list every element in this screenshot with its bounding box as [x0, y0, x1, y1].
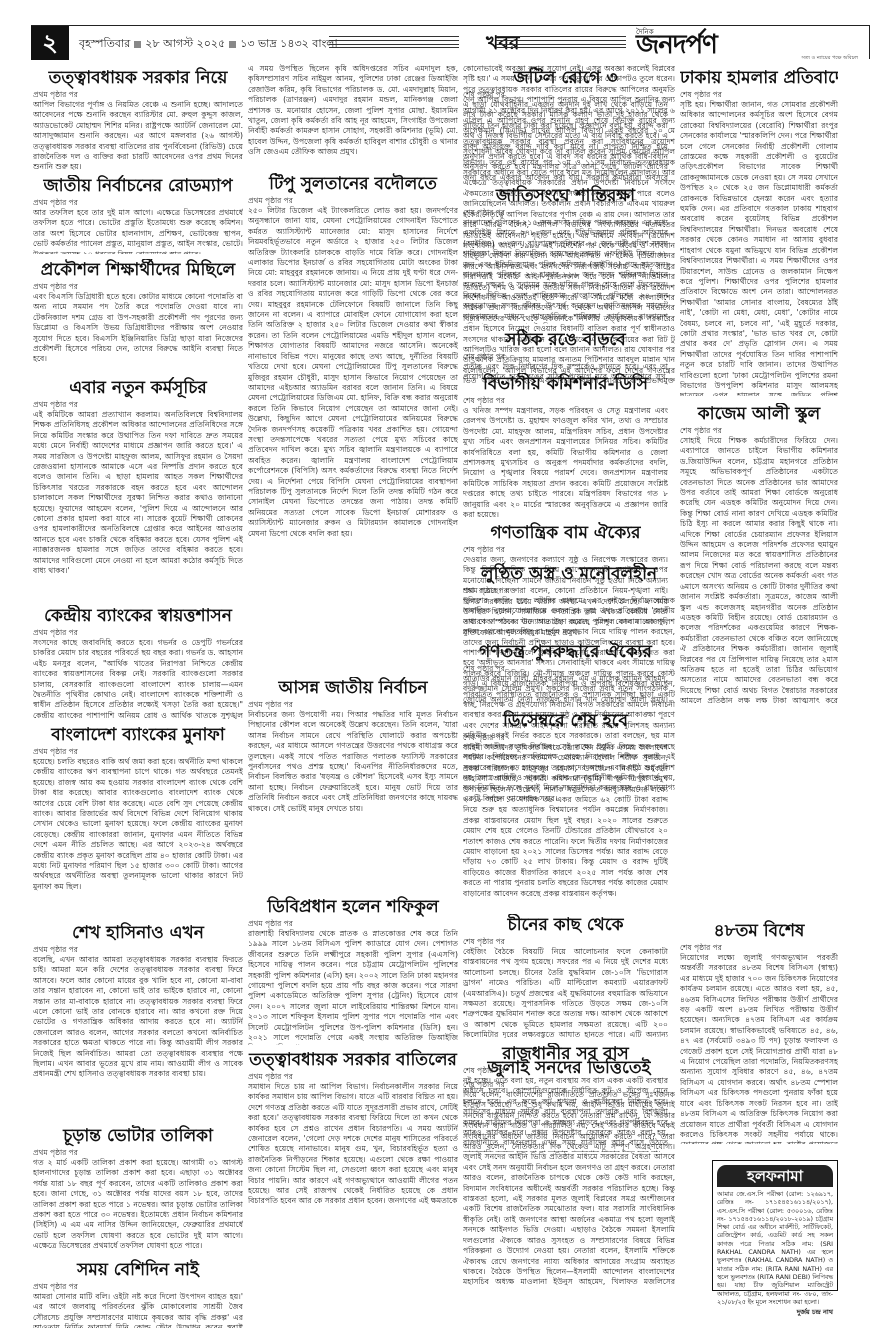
bangla-date: ১৩ ভাদ্র ১৪৩২ বাংলা: [240, 37, 338, 50]
article-body: আর তফসিল হবে তার দুই মাস আগে। এক্ষেত্রে …: [33, 208, 243, 254]
news-article[interactable]: আসন্ন জাতীয় নির্বাচনপ্রথম পৃষ্ঠার পরনির…: [248, 674, 458, 891]
article-headline[interactable]: কেন্দ্রীয় ব্যাংকের স্বায়ত্তশাসন: [33, 605, 243, 627]
masthead: ২ বৃহস্পতিবার২৮ আগস্ট ২০২৫১৩ ভাদ্র ১৪৩২ …: [31, 25, 870, 59]
separator-square-icon: [229, 41, 236, 48]
article-body: নিয়োগের লক্ষ্যে জুলাই গণঅভ্যুত্থান পরবর…: [680, 953, 838, 1144]
news-article[interactable]: তত্ত্বাবধায়ক সরকার বাতিলেরপ্রথম পৃষ্ঠার…: [248, 1046, 458, 1253]
news-article[interactable]: এবার নতুন কর্মসূচিরপ্রথম পৃষ্ঠার পরএই কম…: [33, 374, 243, 601]
news-article[interactable]: বিভাগীয় কমিশনার-ডিসিশেষ পৃষ্ঠার পরও খনি…: [463, 370, 668, 517]
article-headline[interactable]: এবার নতুন কর্মসূচির: [33, 377, 243, 399]
continued-from-label: প্রথম পৃষ্ঠার পর: [33, 1148, 243, 1158]
continued-from-label: প্রথম পৃষ্ঠার পর: [33, 747, 243, 757]
continued-from-label: প্রথম পৃষ্ঠার পর: [248, 1072, 458, 1082]
continued-from-label: শেষ পৃষ্ঠার পর: [463, 545, 668, 555]
news-article[interactable]: গণতন্ত্র পুনরুদ্ধারে ঐক্যেরশেষ পৃষ্ঠার প…: [463, 638, 668, 705]
article-body: আমরা সোনার মাটি বলি। ওইটা নষ্ট করে দিলো …: [33, 1292, 243, 1328]
affidavit-signature: দুর্জয় চন্দ্র নাথ: [717, 1307, 833, 1318]
news-article[interactable]: তত্ত্বাবধায়ক সরকার নিয়েপ্রথম পৃষ্ঠার প…: [33, 64, 243, 171]
brand-tagline: সত্য ও ন্যায়ের পক্ষে অবিচল: [801, 55, 858, 63]
news-article[interactable]: সময় বেশিদিন নাইপ্রথম পৃষ্ঠার পরআমরা সোন…: [33, 1256, 243, 1328]
article-body: এ সময় উপস্থিত ছিলেন কৃষি অধিদপ্তরের সচি…: [248, 64, 458, 166]
news-article[interactable]: বাংলাদেশ ব্যাংকের মুনাফাপ্রথম পৃষ্ঠার পর…: [33, 721, 243, 918]
continued-from-label: শেষ পৃষ্ঠার পর: [463, 937, 668, 947]
dateline: বৃহস্পতিবার২৮ আগস্ট ২০২৫১৩ ভাদ্র ১৪৩২ বা…: [79, 35, 338, 54]
article-body: সোহাই দিয়ে শিক্ষক কর্মচারীদের ফিরিয়ে দ…: [680, 436, 838, 707]
decorative-rules: [329, 36, 459, 48]
article-body: বেইজিং বৈঠকে বিষয়টি নিয়ে আলোচনার ফলে ক…: [463, 947, 668, 1038]
article-headline[interactable]: জটিল রোগে ৩: [463, 67, 668, 89]
article-body: গত ২ মার্চ একটি তালিকা প্রকাশ করা হয়েছে…: [33, 1158, 243, 1254]
news-article[interactable]: ডিসেম্বরে শেষ হবেশেষ পৃষ্ঠার পরবাহিনী সদ…: [463, 707, 668, 909]
continued-from-label: প্রথম পৃষ্ঠার পর: [33, 282, 243, 292]
article-headline[interactable]: ঢাকায় হামলার প্রতিবাদে: [680, 67, 838, 89]
page-number: ২: [31, 26, 69, 60]
article-body: এবং বিএসসি ডিগ্রিধারী হতে হবে। কোটার মাধ…: [33, 292, 243, 373]
continued-from-label: প্রথম পৃষ্ঠার পর: [33, 400, 243, 410]
article-body: ও খনিজ সম্পদ মন্ত্রণালয়, সড়ক পরিবহন ও …: [463, 406, 668, 517]
article-headline[interactable]: বাংলাদেশ ব্যাংকের মুনাফা: [33, 724, 243, 746]
article-body: সৃষ্টি হয়। শিক্ষার্থীরা জানান, গত সোমবা…: [680, 100, 838, 396]
article-headline[interactable]: চূড়ান্ত ভোটার তালিকা: [33, 1125, 243, 1147]
article-body: বাংলাদেশ পুলিশের ২১৫ জন সদস্য দায়িত্ব প…: [463, 218, 668, 324]
article-body: এ ছাড়া যৌথবাহিনীর একজন অনুদান দুই লাখ থ…: [463, 100, 668, 181]
continued-from-label: শেষ পৃষ্ঠার পর: [463, 664, 668, 674]
continued-from-label: শেষ পৃষ্ঠার পর: [463, 90, 668, 100]
affidavit-title: হলফনামা: [717, 1165, 833, 1187]
brand-name: জনদর্পণ: [636, 31, 717, 59]
news-article[interactable]: টিপু সুলতানের বদৌলতেপ্রথম পৃষ্ঠার পর২৫০ …: [248, 170, 458, 672]
article-headline[interactable]: প্রকৌশল শিক্ষার্থীদের মিছিলে: [33, 259, 243, 281]
continued-from-label: প্রথম পৃষ্ঠার পর: [33, 198, 243, 208]
article-headline[interactable]: ৪৮তম বিশেষ: [680, 920, 838, 942]
continued-from-label: প্রথম পৃষ্ঠার পর: [248, 196, 458, 206]
continued-from-label: শেষ পৃষ্ঠার পর: [680, 90, 838, 100]
continued-from-label: প্রথম পৃষ্ঠার পর: [33, 628, 243, 638]
continued-from-label: প্রথম পৃষ্ঠার পর: [248, 919, 458, 929]
article-headline[interactable]: শেখ হাসিনাও এখন: [33, 922, 243, 944]
news-article[interactable]: ডিবিপ্রধান হলেন শফিকুলপ্রথম পৃষ্ঠার পররা…: [248, 893, 458, 1045]
continued-from-label: প্রথম পৃষ্ঠার পর: [248, 700, 458, 710]
news-article[interactable]: কেন্দ্রীয় ব্যাংকের স্বায়ত্তশাসনপ্রথম প…: [33, 602, 243, 719]
continued-from-label: শেষ পৃষ্ঠার পর: [463, 733, 668, 743]
article-body: আতাউর রহমান ঢালী, মহিবুর রহমান, এম এ মাল…: [463, 674, 668, 705]
article-body: দেওয়ার জন্য, জনগণের কল্যাণে সুষ্ঠু ও নি…: [463, 555, 668, 636]
date: ২৮ আগস্ট ২০২৫: [145, 37, 225, 50]
article-body: আপিল বিভাগের পূর্ণাঙ্গ ও নিয়মিত বেঞ্চে …: [33, 100, 243, 171]
article-body: বলেছি, এখন আবার আমরা তত্ত্বাবধায়ক সরকার…: [33, 955, 243, 1121]
continued-from-label: প্রথম পৃষ্ঠার পর: [33, 1282, 243, 1292]
article-body: হয়েছে। চলতি বছরেও বাকি অর্থ জমা করা হবে…: [33, 757, 243, 918]
article-headline[interactable]: গণতান্ত্রিক বাম ঐক্যের: [463, 522, 668, 544]
news-article[interactable]: জাতিসংঘে শান্তিরক্ষাশেষ পৃষ্ঠার পরবাংলাদ…: [463, 182, 668, 324]
article-headline[interactable]: রাজধানীর সব বাস: [463, 1043, 668, 1065]
affidavit-box: হলফনামা আমার জে.এস.সি পরীক্ষা (রোল: ১২৬৯…: [712, 1160, 838, 1291]
article-headline[interactable]: টিপু সুলতানের বদৌলতে: [248, 173, 458, 195]
article-headline[interactable]: কাজেম আলী স্কুল: [680, 403, 838, 425]
article-body: রাজশাহী বিশ্ববিদ্যালয় থেকে স্নাতক ও স্ন…: [248, 929, 458, 1045]
news-article[interactable]: এ সময় উপস্থিত ছিলেন কৃষি অধিদপ্তরের সচি…: [248, 64, 458, 166]
continued-from-label: শেষ পৃষ্ঠার পর: [680, 943, 838, 953]
news-article[interactable]: চূড়ান্ত ভোটার তালিকাপ্রথম পৃষ্ঠার পরগত …: [33, 1122, 243, 1254]
decorative-rules: [496, 36, 626, 48]
continued-from-label: শেষ পৃষ্ঠার পর: [463, 396, 668, 406]
news-article[interactable]: চীনের কাছ থেকেশেষ পৃষ্ঠার পরবেইজিং বৈঠকে…: [463, 911, 668, 1038]
article-headline[interactable]: তত্ত্বাবধায়ক সরকার নিয়ে: [33, 67, 243, 89]
continued-from-label: প্রথম পৃষ্ঠার পর: [33, 90, 243, 100]
article-headline[interactable]: আসন্ন জাতীয় নির্বাচন: [248, 677, 458, 699]
news-article[interactable]: রাজধানীর সব বাসশেষ পৃষ্ঠার পরনই হচ্ছে। এ…: [463, 1040, 668, 1152]
article-headline[interactable]: গণতন্ত্র পুনরুদ্ধারে ঐক্যের: [463, 641, 668, 663]
continued-from-label: শেষ পৃষ্ঠার পর: [463, 352, 668, 362]
article-body: সংসদের কাছে জবাবদিহি করতে হবে। গভর্নর ও …: [33, 638, 243, 719]
news-article[interactable]: ঢাকায় হামলার প্রতিবাদেশেষ পৃষ্ঠার পরসৃষ…: [680, 64, 838, 396]
news-article[interactable]: জটিল রোগে ৩শেষ পৃষ্ঠার পরএ ছাড়া যৌথবাহি…: [463, 64, 668, 181]
article-body: নই হচ্ছে। এতে বলা হয়, নতুন ব্যবস্থায় স…: [463, 1076, 668, 1152]
day: বৃহস্পতিবার: [79, 37, 130, 50]
article-body: ২৫০ লিটার ডিজেল এই ট্যাংকলরিতে লোড করা হ…: [248, 206, 458, 672]
separator-square-icon: [134, 41, 141, 48]
article-headline[interactable]: জাতীয় নির্বাচনের রোডম্যাপ: [33, 175, 243, 197]
continued-from-label: শেষ পৃষ্ঠার পর: [463, 208, 668, 218]
continued-from-label: শেষ পৃষ্ঠার পর: [463, 1066, 668, 1076]
news-article[interactable]: জাতীয় নির্বাচনের রোডম্যাপপ্রথম পৃষ্ঠার …: [33, 172, 243, 254]
continued-from-label: শেষ পৃষ্ঠার পর: [680, 426, 838, 436]
news-article[interactable]: কাজেম আলী স্কুলশেষ পৃষ্ঠার পরসোহাই দিয়ে…: [680, 400, 838, 707]
affidavit-text: আমার জে.এস.সি পরীক্ষা (রোল: ১২৬৯১৭, রেজি…: [717, 1191, 833, 1307]
article-headline[interactable]: তত্ত্বাবধায়ক সরকার বাতিলের: [248, 1049, 458, 1071]
continued-from-label: প্রথম পৃষ্ঠার পর: [33, 945, 243, 955]
article-headline[interactable]: জাতিসংঘে শান্তিরক্ষা: [463, 185, 668, 207]
article-body: বাহিনী সদস্যদের ভূমিকার বিষয়ে জোর দেন ত…: [463, 743, 668, 909]
newspaper-logo[interactable]: দৈনিক জনদর্পণ সত্য ও ন্যায়ের পক্ষে অবিচ…: [636, 23, 866, 59]
article-headline[interactable]: ডিবিপ্রধান হলেন শফিকুল: [248, 896, 458, 918]
news-article[interactable]: প্রকৌশল শিক্ষার্থীদের মিছিলেপ্রথম পৃষ্ঠা…: [33, 256, 243, 373]
article-headline[interactable]: ডিসেম্বরে শেষ হবে: [463, 710, 668, 732]
article-body: নির্বাচনের জন্য উপযোগী নয়। পিআর পদ্ধতির…: [248, 710, 458, 891]
article-headline[interactable]: চীনের কাছ থেকে: [463, 914, 668, 936]
news-article[interactable]: শেখ হাসিনাও এখনপ্রথম পৃষ্ঠার পরবলেছি, এখ…: [33, 919, 243, 1121]
article-body: এই কমিটিকে আমরা প্রত্যাখ্যান করলাম। অনতি…: [33, 410, 243, 601]
article-headline[interactable]: বিভাগীয় কমিশনার-ডিসি: [463, 373, 668, 395]
news-article[interactable]: গণতান্ত্রিক বাম ঐক্যেরশেষ পৃষ্ঠার পরদেওয…: [463, 519, 668, 636]
article-body: সমাধান দিতে চায় না আপিল বিভাগ। নির্বাচন…: [248, 1082, 458, 1253]
article-headline[interactable]: সঠিক রঙে বাড়বে: [463, 329, 668, 351]
news-article[interactable]: ৪৮তম বিশেষশেষ পৃষ্ঠার পরনিয়োগের লক্ষ্যে…: [680, 917, 838, 1144]
article-headline[interactable]: সময় বেশিদিন নাই: [33, 1259, 243, 1281]
